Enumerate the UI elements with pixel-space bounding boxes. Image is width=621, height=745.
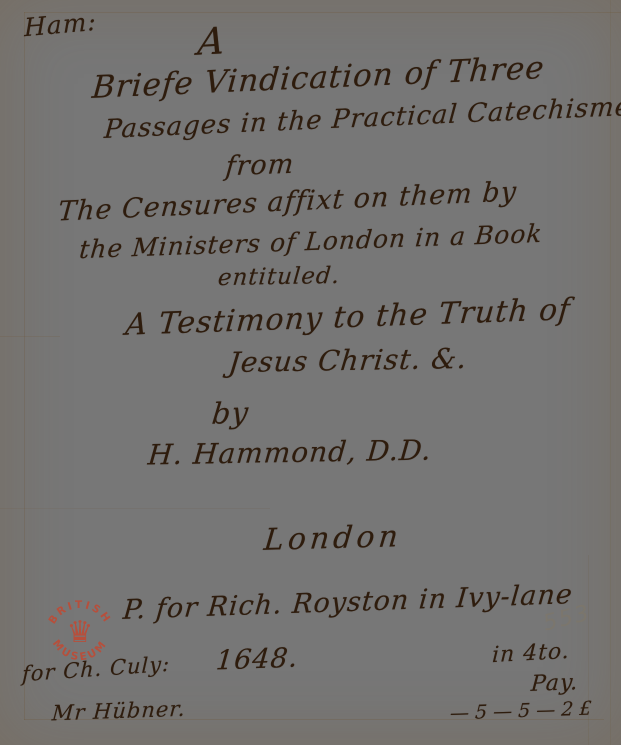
censure-line-2: the Ministers of London in a Book xyxy=(73,219,549,265)
title-line-1: Briefe Vindication of Three xyxy=(91,50,541,106)
subtitle-line-2: Jesus Christ. &. xyxy=(220,342,475,379)
imprint-year: 1648. xyxy=(215,643,300,677)
plate-mark-top xyxy=(24,12,621,13)
title-word-a: A xyxy=(196,19,227,64)
paper-crease-mid-left xyxy=(0,336,60,337)
paper-crease-lower-left xyxy=(0,508,270,509)
price-note: — 5 — 5 — 2 £ xyxy=(449,698,592,725)
pay-note: Pay. xyxy=(530,670,579,697)
imprint-publisher: P. for Rich. Royston in Ivy-lane xyxy=(85,578,611,627)
format-note: in 4to. xyxy=(491,639,570,668)
plate-mark-left xyxy=(24,12,25,720)
owner-corner-note: Ham: xyxy=(24,7,97,42)
censure-line-1: The Censures affixt on them by xyxy=(57,177,495,227)
author-line: H. Hammond, D.D. xyxy=(147,434,432,472)
owner-note-2: Mr Hübner. xyxy=(51,697,186,726)
imprint-city: London xyxy=(236,518,429,558)
manuscript-page: Ham: A Briefe Vindication of Three Passa… xyxy=(0,0,621,745)
british-museum-stamp: BRITISH ♛ MUSEUM xyxy=(42,594,118,670)
from-word: from xyxy=(195,148,326,184)
crown-icon: ♛ xyxy=(67,615,94,650)
subtitle-line-1: A Testimony to the Truth of xyxy=(77,291,620,345)
by-word: by xyxy=(210,395,251,430)
entituled-line: entituled. xyxy=(213,263,345,291)
